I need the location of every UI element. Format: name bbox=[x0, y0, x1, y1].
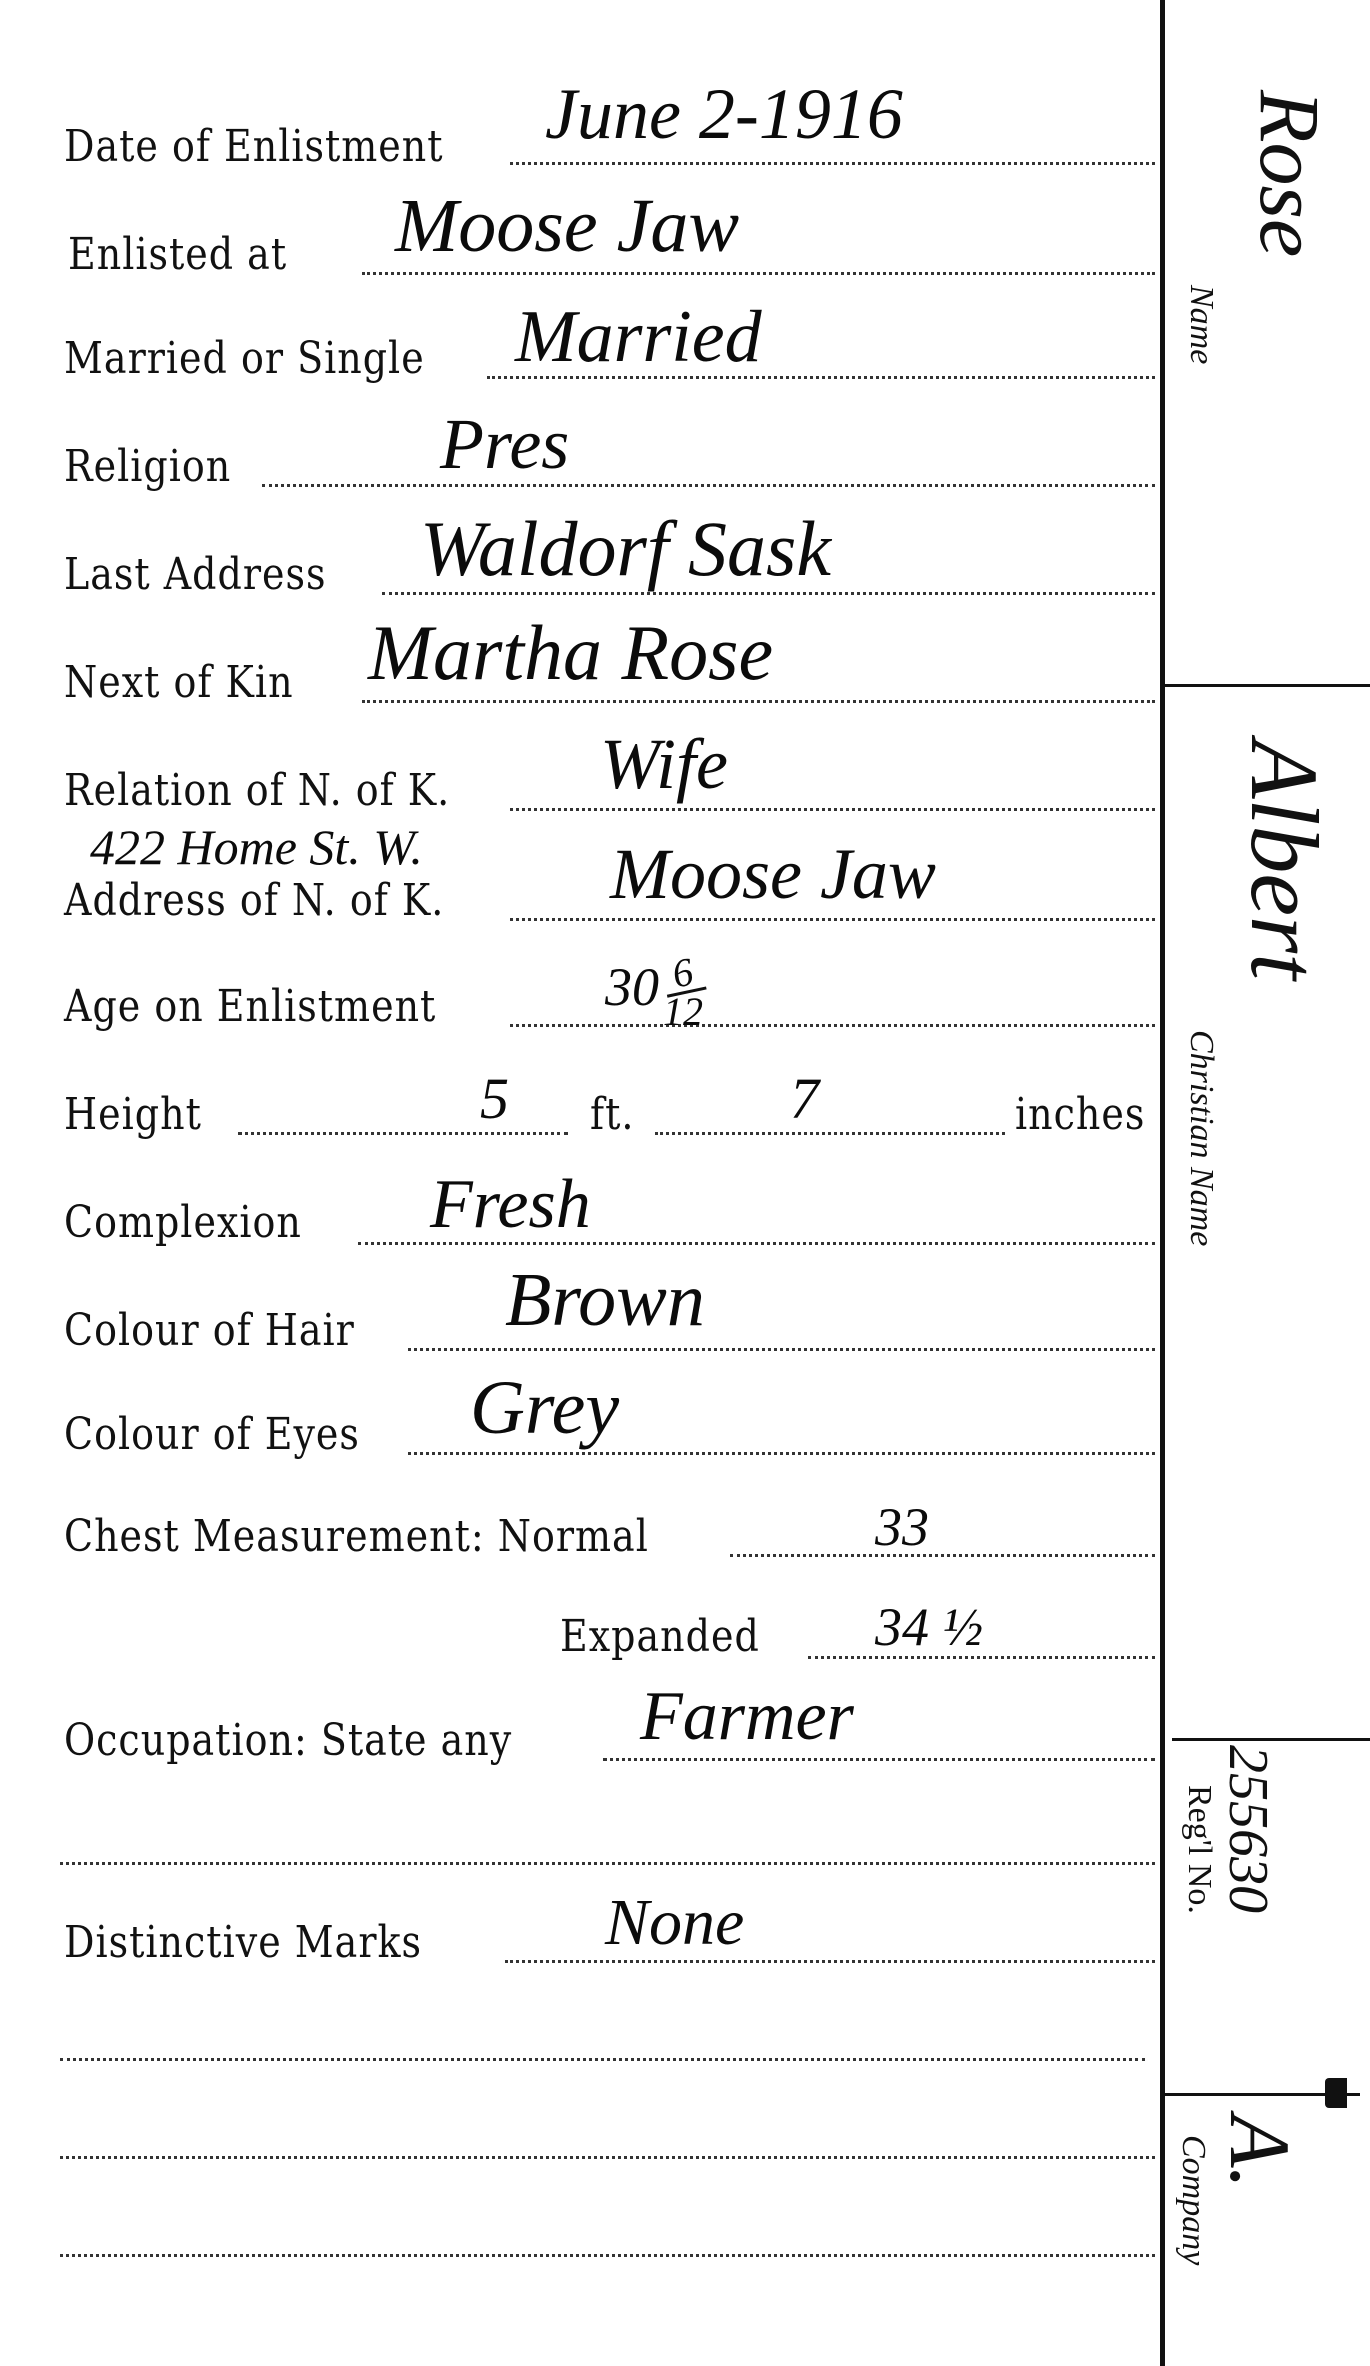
label-complexion: Complexion bbox=[64, 1200, 302, 1244]
line-relation-of-nok bbox=[510, 808, 1155, 811]
value-complexion[interactable]: Fresh bbox=[430, 1170, 591, 1240]
side-value-christian-name: Albert bbox=[1229, 740, 1340, 980]
label-colour-of-hair: Colour of Hair bbox=[64, 1308, 355, 1352]
label-distinctive-marks: Distinctive Marks bbox=[64, 1920, 422, 1964]
label-married-or-single: Married or Single bbox=[64, 336, 425, 380]
label-height-ft: ft. bbox=[590, 1092, 634, 1136]
label-colour-of-eyes: Colour of Eyes bbox=[64, 1412, 360, 1456]
label-last-address: Last Address bbox=[64, 552, 327, 596]
value-date-of-enlistment[interactable]: June 2-1916 bbox=[545, 78, 903, 150]
line-height-inches bbox=[655, 1132, 1005, 1135]
label-next-of-kin: Next of Kin bbox=[64, 660, 294, 704]
line-religion bbox=[262, 484, 1155, 487]
label-chest-expanded: Expanded bbox=[560, 1614, 760, 1658]
line-occupation bbox=[603, 1758, 1155, 1761]
value-enlisted-at[interactable]: Moose Jaw bbox=[395, 188, 739, 264]
value-next-of-kin[interactable]: Martha Rose bbox=[368, 614, 773, 692]
value-colour-of-eyes[interactable]: Grey bbox=[470, 1370, 619, 1446]
label-relation-of-nok: Relation of N. of K. bbox=[64, 768, 450, 812]
value-address-of-nok-line1[interactable]: 422 Home St. W. bbox=[90, 822, 423, 872]
side-label-company: Company bbox=[1174, 2135, 1212, 2265]
label-height: Height bbox=[64, 1092, 202, 1136]
line-colour-of-eyes bbox=[408, 1452, 1155, 1455]
line-distinctive-marks bbox=[505, 1960, 1155, 1963]
value-height-feet[interactable]: 5 bbox=[480, 1070, 509, 1128]
side-value-regl-no: 255630 bbox=[1216, 1745, 1280, 1913]
label-date-of-enlistment: Date of Enlistment bbox=[64, 124, 444, 168]
line-occupation-continued bbox=[60, 1862, 1155, 1865]
line-enlisted-at bbox=[362, 272, 1155, 275]
value-chest-normal[interactable]: 33 bbox=[875, 1500, 929, 1554]
label-height-inches: inches bbox=[1015, 1092, 1145, 1136]
line-height-feet bbox=[238, 1132, 568, 1135]
line-blank-3 bbox=[60, 2254, 1155, 2257]
side-panel-border bbox=[1160, 0, 1165, 2366]
value-occupation[interactable]: Farmer bbox=[640, 1682, 854, 1752]
side-label-regl-no: Reg'l No. bbox=[1180, 1785, 1218, 1914]
line-last-address bbox=[382, 592, 1155, 595]
value-relation-of-nok[interactable]: Wife bbox=[600, 728, 728, 800]
value-address-of-nok[interactable]: Moose Jaw bbox=[610, 838, 936, 910]
divider-knob bbox=[1325, 2078, 1347, 2108]
label-chest-normal: Chest Measurement: Normal bbox=[64, 1514, 649, 1558]
side-value-name: Rose bbox=[1240, 90, 1340, 257]
value-married-or-single[interactable]: Married bbox=[515, 300, 762, 374]
age-years: 30 bbox=[605, 957, 659, 1017]
side-label-name: Name bbox=[1182, 285, 1220, 364]
age-months-fraction: 612 bbox=[663, 955, 703, 1030]
side-value-company: A. bbox=[1210, 2115, 1310, 2189]
line-next-of-kin bbox=[362, 700, 1155, 703]
value-religion[interactable]: Pres bbox=[440, 408, 569, 480]
line-date-of-enlistment bbox=[510, 162, 1155, 165]
value-last-address[interactable]: Waldorf Sask bbox=[420, 510, 831, 588]
label-religion: Religion bbox=[64, 444, 231, 488]
line-colour-of-hair bbox=[408, 1348, 1155, 1351]
label-occupation: Occupation: State any bbox=[64, 1718, 512, 1762]
line-chest-normal bbox=[730, 1554, 1155, 1557]
side-divider-christian bbox=[1172, 1738, 1370, 1741]
value-height-inches[interactable]: 7 bbox=[790, 1070, 819, 1128]
value-colour-of-hair[interactable]: Brown bbox=[505, 1262, 705, 1338]
value-distinctive-marks[interactable]: None bbox=[605, 1890, 744, 1956]
line-blank-1 bbox=[60, 2058, 1145, 2061]
side-divider-name bbox=[1165, 684, 1370, 687]
value-age-on-enlistment[interactable]: 30612 bbox=[605, 955, 703, 1030]
side-label-christian-name: Christian Name bbox=[1182, 1030, 1220, 1246]
label-age-on-enlistment: Age on Enlistment bbox=[64, 984, 436, 1028]
label-enlisted-at: Enlisted at bbox=[68, 232, 287, 276]
line-blank-2 bbox=[60, 2156, 1155, 2159]
value-chest-expanded[interactable]: 34 ½ bbox=[875, 1600, 983, 1654]
line-address-of-nok bbox=[510, 918, 1155, 921]
label-address-of-nok: Address of N. of K. bbox=[64, 878, 444, 922]
